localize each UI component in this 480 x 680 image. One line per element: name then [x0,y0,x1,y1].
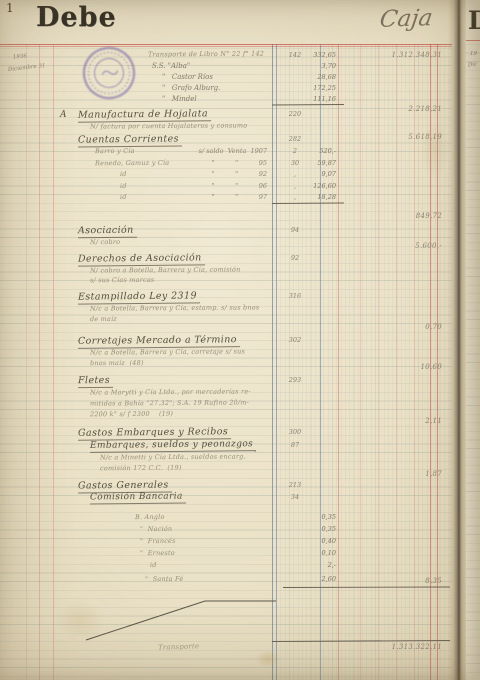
date-col-rule-left [39,44,40,680]
cc-row-detail: " " 95 [172,160,267,167]
section-note: N/c a Botella, Barrera y Cía, corretaje … [90,348,245,356]
opening-grand-total: 1.312.348,31 [380,52,442,59]
grid-col-rule-1 [360,44,361,680]
section-title: Asociación [78,226,137,238]
opening-subtotal: 2.218,21 [380,106,442,113]
section-note: N/ cobro a Botella, Barrera y Cía, comis… [90,266,241,274]
date-col-rule-faint [26,44,27,680]
cc-row-amount: 59,87 [294,160,336,167]
section-total: 8,35 [380,578,442,585]
page-number: 1 [6,2,14,14]
cc-row-amount: 126,60 [294,183,336,190]
header-rule-top [0,44,452,45]
grid-col-rule-2 [378,44,379,680]
section-title: Derechos de Asociación [78,253,205,266]
section-folio: 213 [280,482,310,489]
section-folio: 220 [280,111,310,118]
section-note: bnos maíz (48) [90,360,144,367]
section-title: Corretajes Mercado a Término [78,335,240,348]
bank-row-name: " Francés [140,538,176,545]
section-total: 5.600,- [380,243,442,250]
bank-row-amount: 0,40 [294,538,336,545]
bank-row-name: " Nación [140,526,172,533]
section-title: Gastos Embarques y Recibos [78,427,231,440]
section-title: Estampillado Ley 2319 [78,291,200,304]
date-col-rule-right [53,44,54,680]
footer-total: 1.313.322,11 [380,644,442,651]
section-total: 1,87 [380,471,442,478]
page-edge-shadow [448,0,466,680]
section-folio: 92 [280,255,310,262]
section-sub-folio: 87 [280,442,310,449]
opening-item-name: " Mindel [162,96,197,103]
entry-prefix: A [60,111,67,120]
next-page-ruling [466,44,480,680]
section-total: 0,70 [380,324,442,331]
cc-row-amount: 9,07 [294,171,336,178]
section-title: Fletes [78,376,113,388]
section-note: comisión 172 C.C. (19) [100,465,182,472]
section-folio: 300 [280,429,310,436]
section-note: 2200 k° s/ f 2300 (19) [90,411,173,418]
cc-row-name: Renedo, Gamuz y Cía [95,159,169,166]
next-page-sliver: D 19 Dic [466,0,480,680]
amount-col-rule-red [338,44,339,680]
section-note: N/c a Marytti y Cía Ltda., por mercaderí… [90,388,251,396]
cc-row-amount: 520,- [294,148,336,155]
bank-row-amount: 0,35 [294,514,336,521]
section-note: s/ sus Cías marcas [90,277,154,284]
section-note: N/ cobro [90,239,120,246]
opening-item-name: " Grafo Alburg. [162,85,220,92]
bank-row-name: B. Anglo [135,514,165,521]
section-note: mitidas a Bahía "27.32"; S.A. 19 Rufino … [90,399,249,407]
cc-row-detail: " " 97 [172,194,267,201]
cc-row-amount: 18,28 [294,194,336,201]
section-note: N/c a Botella, Barrera y Cía, estamp. s/… [90,304,259,312]
opening-item-name: S.S. "Alba" [152,63,190,70]
section-folio: 302 [280,337,310,344]
cc-row-detail: " " 96 [172,183,267,190]
section-sub-folio: 34 [280,494,310,501]
section-folio: 316 [280,293,310,300]
opening-item-name: " Castor Ríos [162,74,213,81]
section-folio: 94 [280,227,310,234]
bank-row-amount: 0,10 [294,550,336,557]
folio-col-rule-blue-a [272,44,273,680]
opening-desc: Transporte de Libro N° 22 f° 142 [148,51,264,58]
cc-row-name: id [120,171,127,178]
section-total: 2,11 [380,418,442,425]
bank-row-amount: 0,35 [294,526,336,533]
amount-col-rule-blue [320,44,321,680]
header-rule-bottom [0,46,452,47]
section-note: de maíz [90,316,117,323]
opening-item-amount: 111,16 [294,96,336,103]
page-title-debe: Debe [36,4,117,31]
section-total: 849,72 [380,213,442,220]
opening-item-amount: 172,25 [294,85,336,92]
margin-year: 1936 [13,55,27,61]
cc-row-detail: s/ saldo Venta 1907 [172,148,267,155]
opening-amount: 332,65 [294,52,336,59]
section-folio: 282 [280,136,310,143]
account-title-caja: Caja [378,7,434,32]
next-page-header-rule [466,40,480,41]
section-title: Manufactura de Hojalata [78,109,211,122]
opening-item-amount: 3,70 [294,63,336,70]
section-total: 5.618,19 [380,134,442,141]
cc-row-name: id [120,182,127,189]
bank-row-amount: 2,60 [294,576,336,583]
folio-col-rule-blue-b [276,44,277,680]
next-page-margin-year: 19 [470,52,477,58]
section-folio: 293 [280,377,310,384]
bank-row-name: " Ernesto [140,550,175,557]
section-note: N/ factura por cuenta Hojalateros y cons… [90,122,247,130]
footer-carry-label: Transporte [158,643,200,651]
section-subtitle: Comisión Bancaria [90,492,186,504]
section-total: 10,60 [380,364,442,371]
bank-row-amount: 2,- [294,562,336,569]
ledger-page: 1 Debe Caja 1936 Diciembre 31 Transporte… [0,0,480,680]
section-note: N/c a Minetti y Cía Ltda., sueldos encar… [100,453,246,461]
cc-row-name: id [120,194,127,201]
bank-row-name: id [150,562,157,569]
opening-item-amount: 28,68 [294,74,336,81]
cc-row-name: Barro y Cía [95,148,135,155]
section-title: Cuentas Corrientes [78,134,182,147]
cc-row-detail: " " 92 [172,171,267,178]
bank-row-name: " Santa Fé [145,576,183,583]
section-subtitle: Embarques, sueldos y peonazgos [90,440,256,453]
next-page-partial-title: D [468,8,480,33]
